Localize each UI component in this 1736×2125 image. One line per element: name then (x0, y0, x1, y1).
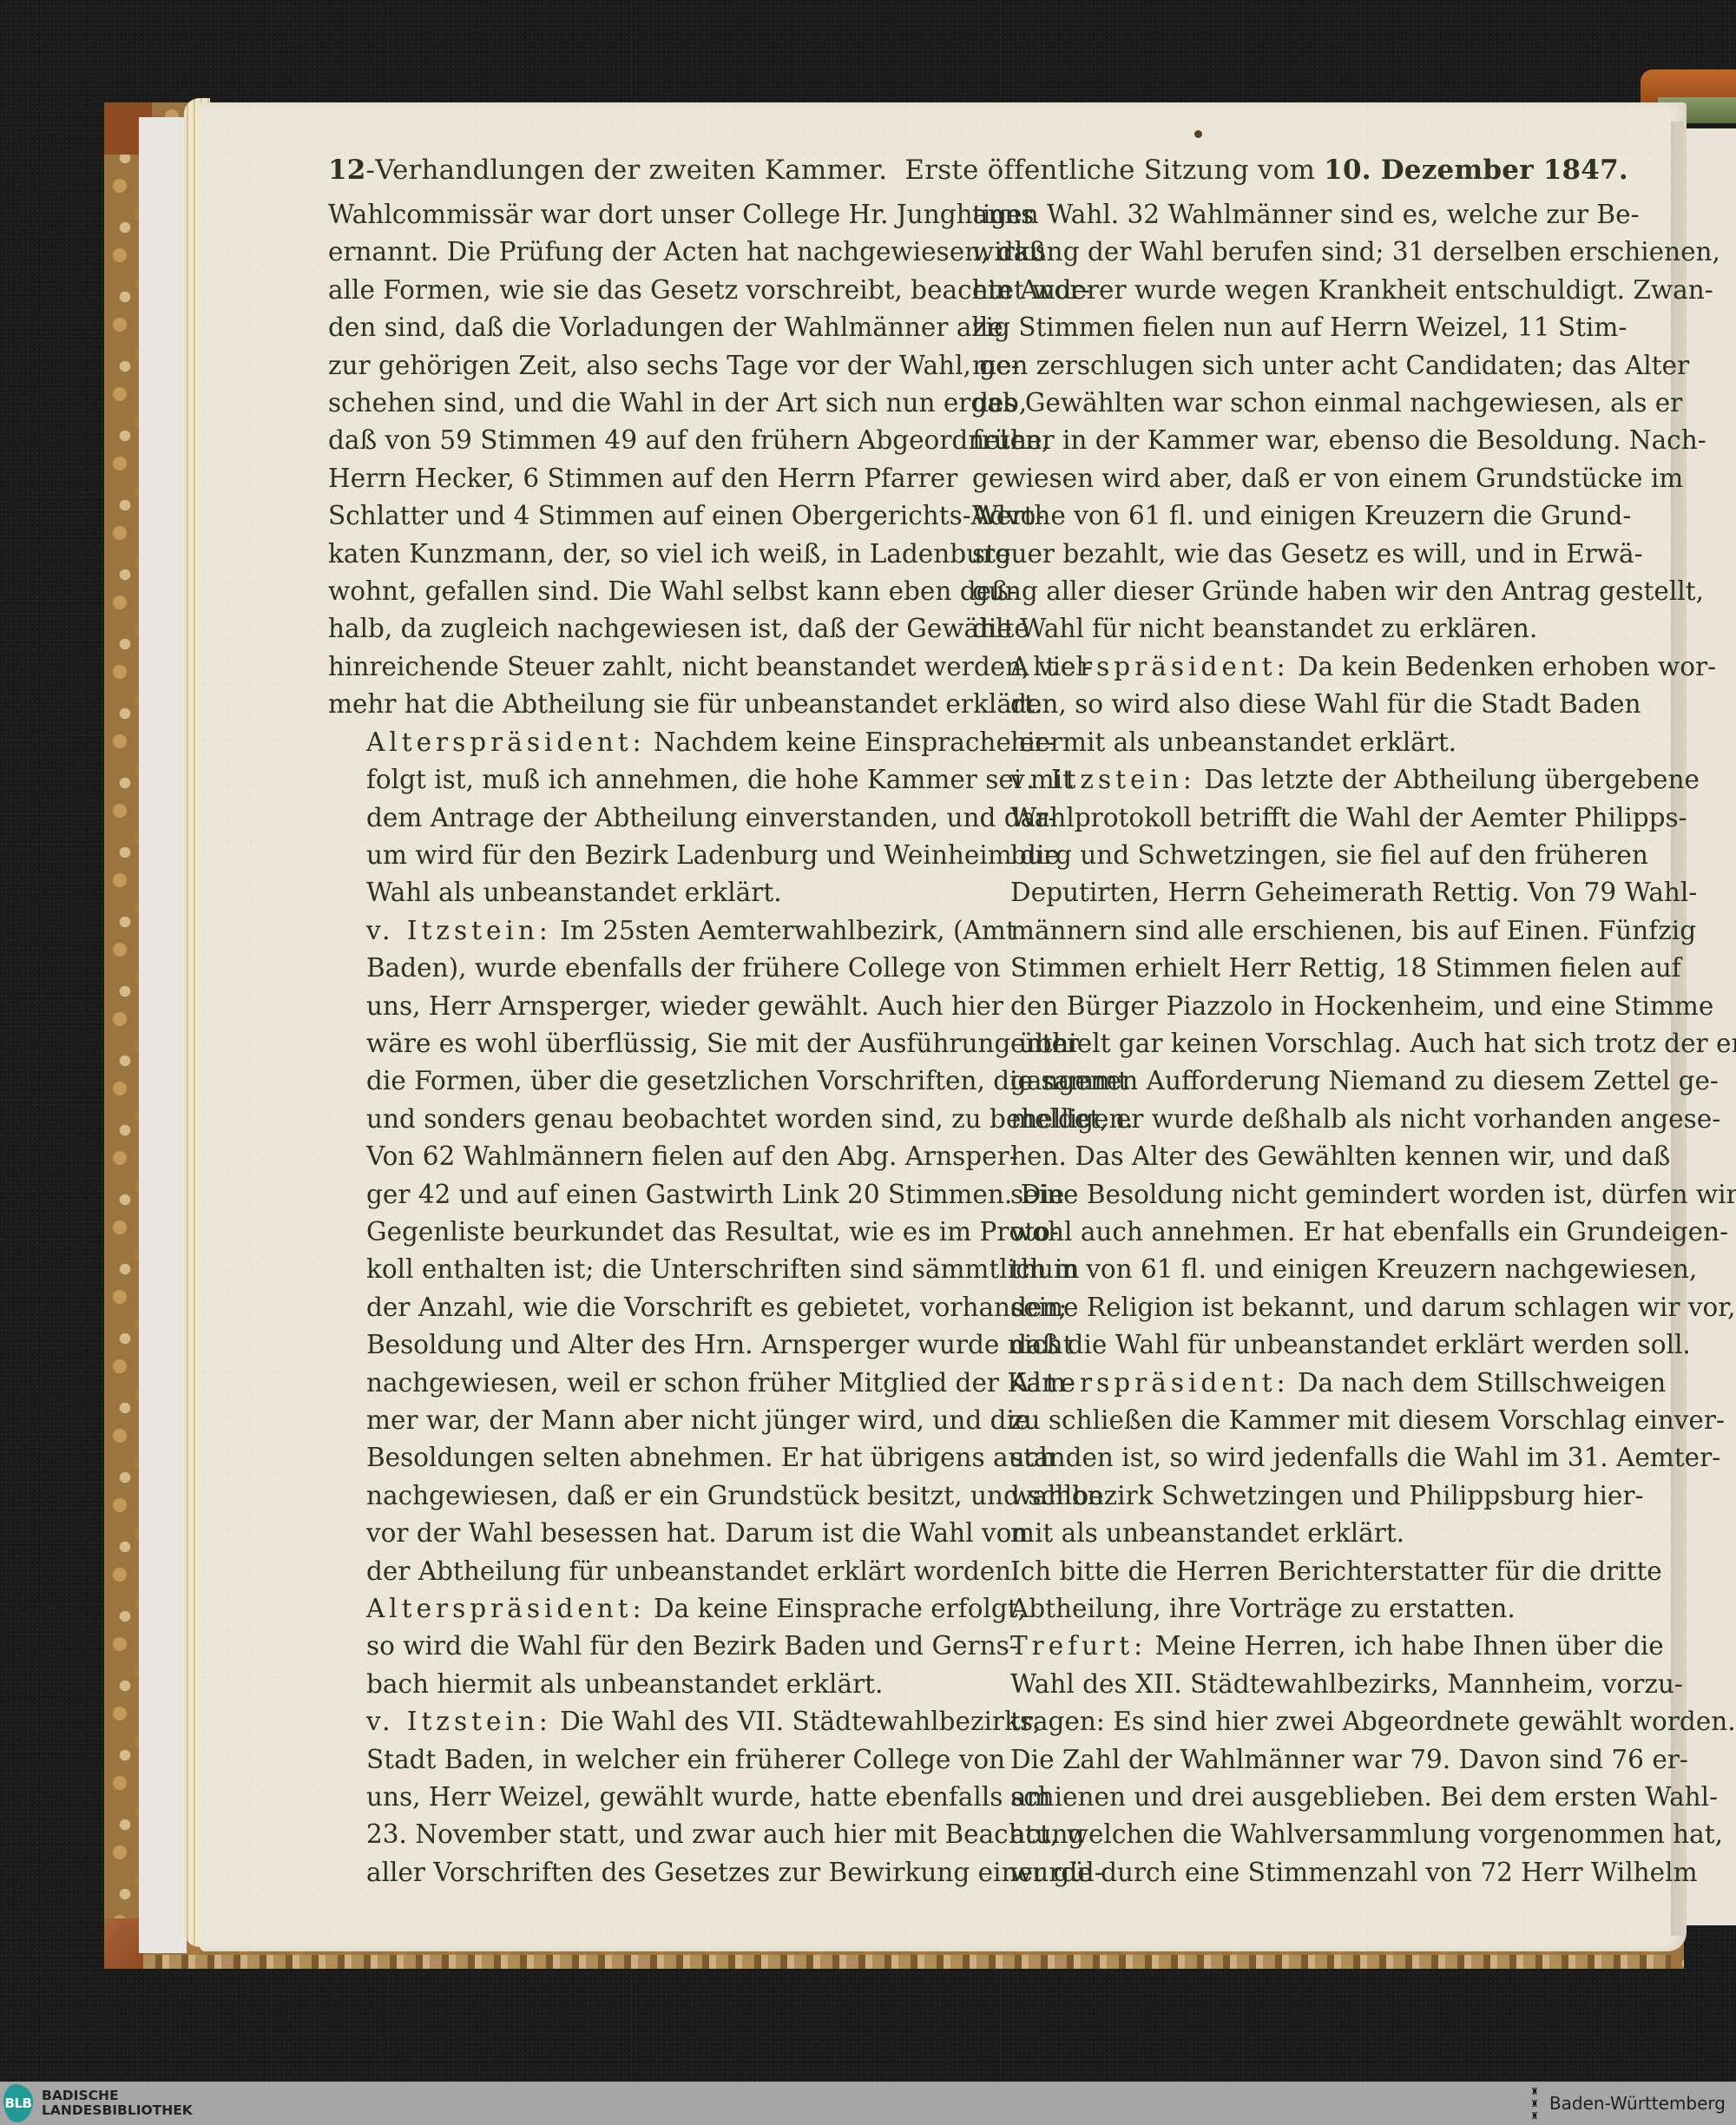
text-line: Ich bitte die Herren Berichterstatter fü… (972, 1553, 1595, 1590)
line-text: Wahl als unbeanstandet erklärt. (366, 878, 782, 907)
line-text: ein Anderer wurde wegen Krankheit entsch… (972, 275, 1713, 305)
text-line: enthielt gar keinen Vorschlag. Auch hat … (972, 1025, 1595, 1062)
line-text: Die Zahl der Wahlmänner war 79. Davon si… (1010, 1745, 1688, 1774)
text-line: koll enthalten ist; die Unterschriften s… (328, 1251, 951, 1288)
line-text: wohnt, gefallen sind. Die Wahl selbst ka… (328, 576, 1017, 606)
line-text: hiermit als unbeanstandet erklärt. (1010, 727, 1457, 757)
speaker-name: Alterspräsident: (366, 727, 646, 757)
line-text: dem Antrage der Abtheilung einverstanden… (366, 803, 1056, 832)
line-text: mer war, der Mann aber nicht jünger wird… (366, 1405, 1029, 1435)
text-line: katen Kunzmann, der, so viel ich weiß, i… (328, 536, 951, 573)
text-line: hinreichende Steuer zahlt, nicht beansta… (328, 648, 951, 686)
text-line: Stadt Baden, in welcher ein früherer Col… (328, 1741, 951, 1779)
left-column: Wahlcommissär war dort unser College Hr.… (328, 196, 962, 1924)
line-text: Im 25sten Aemterwahlbezirk, (Amt (560, 916, 1016, 945)
text-line: Von 62 Wahlmännern fielen auf den Abg. A… (328, 1138, 951, 1175)
line-text: früher in der Kammer war, ebenso die Bes… (972, 425, 1706, 455)
text-line: bach hiermit als unbeanstandet erklärt. (328, 1666, 951, 1703)
text-line: wohl auch annehmen. Er hat ebenfalls ein… (972, 1214, 1595, 1251)
text-line: alle Formen, wie sie das Gesetz vorschre… (328, 272, 951, 309)
line-text: steuer bezahlt, wie das Gesetz es will, … (972, 539, 1643, 569)
line-text: Da nach dem Stillschweigen (1298, 1368, 1666, 1398)
line-text: daß von 59 Stimmen 49 auf den frühern Ab… (328, 425, 1049, 455)
text-line: act, welchen die Wahlversammlung vorgeno… (972, 1816, 1595, 1853)
line-text: Werthe von 61 fl. und einigen Kreuzern d… (972, 501, 1631, 530)
paragraph: Alterspräsident: Da nach dem Stillschwei… (972, 1365, 1595, 1553)
text-line: vor der Wahl besessen hat. Darum ist die… (328, 1515, 951, 1552)
line-text: den Bürger Piazzolo in Hockenheim, und e… (1010, 991, 1713, 1021)
text-line: wohnt, gefallen sind. Die Wahl selbst ka… (328, 573, 951, 610)
text-line: zu schließen die Kammer mit diesem Vorsc… (972, 1402, 1595, 1439)
text-line: männern sind alle erschienen, bis auf Ei… (972, 912, 1595, 950)
text-line: ernannt. Die Prüfung der Acten hat nachg… (328, 234, 951, 271)
text-line: standen ist, so wird jedenfalls die Wahl… (972, 1439, 1595, 1477)
text-line: Wahl als unbeanstandet erklärt. (328, 874, 951, 911)
line-text: katen Kunzmann, der, so viel ich weiß, i… (328, 539, 1011, 569)
text-line: des Gewählten war schon einmal nachgewie… (972, 385, 1595, 422)
text-line: burg und Schwetzingen, sie fiel auf den … (972, 837, 1595, 874)
speaker-name: v. Itzstein: (366, 916, 552, 945)
header-separator: - (366, 155, 376, 186)
line-text: Schlatter und 4 Stimmen auf einen Oberge… (328, 501, 1044, 530)
text-line: meldet, er wurde deßhalb als nicht vorha… (972, 1101, 1595, 1138)
blb-name-line2: LANDESBIBLIOTHEK (42, 2103, 193, 2118)
text-line: wahlbezirk Schwetzingen und Philippsburg… (972, 1477, 1595, 1515)
header-title: Verhandlungen der zweiten Kammer. Erste … (375, 155, 1628, 186)
line-text: Baden), wurde ebenfalls der frühere Coll… (366, 953, 1001, 983)
line-text: Wahl des XII. Städtewahlbezirks, Mannhei… (1010, 1669, 1683, 1699)
text-line: v. Itzstein: Das letzte der Abtheilung ü… (972, 761, 1595, 799)
text-line: v. Itzstein: Im 25sten Aemterwahlbezirk,… (328, 912, 951, 950)
text-line: Schlatter und 4 Stimmen auf einen Oberge… (328, 497, 951, 535)
line-text: enthielt gar keinen Vorschlag. Auch hat … (1010, 1029, 1736, 1058)
text-line: ein Anderer wurde wegen Krankheit entsch… (972, 272, 1595, 309)
text-line: Besoldungen selten abnehmen. Er hat übri… (328, 1439, 951, 1477)
text-line: schienen und drei ausgeblieben. Bei dem … (972, 1779, 1595, 1816)
text-line: Alterspräsident: Da nach dem Stillschwei… (972, 1365, 1595, 1402)
running-head: 12 - Verhandlungen der zweiten Kammer. E… (328, 155, 1448, 194)
text-line: Wahlcommissär war dort unser College Hr.… (328, 196, 951, 234)
text-line: nachgewiesen, weil er schon früher Mitgl… (328, 1365, 951, 1402)
line-text: ger 42 und auf einen Gastwirth Link 20 S… (366, 1180, 1064, 1209)
line-text: den, so wird also diese Wahl für die Sta… (1010, 689, 1641, 719)
text-line: so wird die Wahl für den Bezirk Baden un… (328, 1628, 951, 1665)
line-text: die Wahl für nicht beanstandet zu erklär… (972, 614, 1537, 643)
text-line: mit als unbeanstandet erklärt. (972, 1515, 1595, 1552)
right-column: tigen Wahl. 32 Wahlmänner sind es, welch… (962, 196, 1595, 1924)
text-line: Wahlprotokoll betrifft die Wahl der Aemt… (972, 799, 1595, 837)
speaker-name: Alterspräsident: (1010, 1368, 1290, 1398)
line-text: des Gewählten war schon einmal nachgewie… (972, 388, 1682, 418)
line-text: Stimmen erhielt Herr Rettig, 18 Stimmen … (1010, 953, 1681, 983)
text-columns: Wahlcommissär war dort unser College Hr.… (328, 196, 1595, 1924)
text-line: hen. Das Alter des Gewählten kennen wir,… (972, 1138, 1595, 1175)
three-lions-icon: ♜♜♜ (1530, 2086, 1539, 2122)
text-line: die Wahl für nicht beanstandet zu erklär… (972, 610, 1595, 648)
line-text: Von 62 Wahlmännern fielen auf den Abg. A… (366, 1141, 1018, 1171)
line-text: gangenen Aufforderung Niemand zu diesem … (1010, 1066, 1719, 1095)
page-number: 12 (328, 155, 366, 186)
line-text: Abtheilung, ihre Vorträge zu erstatten. (1010, 1594, 1516, 1623)
line-text: Stadt Baden, in welcher ein früherer Col… (366, 1745, 1005, 1774)
line-text: Wahlcommissär war dort unser College Hr.… (328, 200, 1034, 229)
bw-brand[interactable]: ♜♜♜ Baden-Württemberg (1530, 2086, 1726, 2122)
text-line: wäre es wohl überflüssig, Sie mit der Au… (328, 1025, 951, 1062)
text-line: tigen Wahl. 32 Wahlmänner sind es, welch… (972, 196, 1595, 234)
text-line: den Bürger Piazzolo in Hockenheim, und e… (972, 988, 1595, 1025)
line-text: standen ist, so wird jedenfalls die Wahl… (1010, 1443, 1720, 1472)
line-text: den sind, daß die Vorladungen der Wahlmä… (328, 312, 1003, 342)
text-line: der Anzahl, wie die Vorschrift es gebiet… (328, 1289, 951, 1326)
text-line: früher in der Kammer war, ebenso die Bes… (972, 422, 1595, 459)
line-text: Deputirten, Herrn Geheimerath Rettig. Vo… (1010, 878, 1697, 907)
line-text: daß die Wahl für unbeanstandet erklärt w… (1010, 1330, 1691, 1359)
endpaper (139, 117, 187, 1953)
line-text: schehen sind, und die Wahl in der Art si… (328, 388, 1027, 418)
text-line: hiermit als unbeanstandet erklärt. (972, 724, 1595, 761)
viewer-footer: BLB BADISCHE LANDESBIBLIOTHEK ♜♜♜ Baden-… (0, 2082, 1736, 2125)
line-text: hen. Das Alter des Gewählten kennen wir,… (1010, 1141, 1670, 1171)
blb-logo-icon: BLB (3, 2084, 33, 2122)
text-line: den sind, daß die Vorladungen der Wahlmä… (328, 309, 951, 346)
text-line: Deputirten, Herrn Geheimerath Rettig. Vo… (972, 874, 1595, 911)
paragraph: Trefurt: Meine Herren, ich habe Ihnen üb… (972, 1628, 1595, 1891)
blb-brand[interactable]: BLB BADISCHE LANDESBIBLIOTHEK (3, 2084, 193, 2122)
text-line: ger 42 und auf einen Gastwirth Link 20 S… (328, 1176, 951, 1214)
text-line: 23. November statt, und zwar auch hier m… (328, 1816, 951, 1853)
line-text: Besoldungen selten abnehmen. Er hat übri… (366, 1443, 1055, 1472)
bw-name: Baden-Württemberg (1549, 2093, 1726, 2114)
line-text: wurde durch eine Stimmenzahl von 72 Herr… (1010, 1858, 1698, 1887)
blb-name-line1: BADISCHE (42, 2089, 193, 2103)
line-text: schienen und drei ausgeblieben. Bei dem … (1010, 1782, 1718, 1812)
text-line: mehr hat die Abtheilung sie für unbeanst… (328, 686, 951, 723)
line-text: zig Stimmen fielen nun auf Herrn Weizel,… (972, 312, 1627, 342)
text-line: steuer bezahlt, wie das Gesetz es will, … (972, 536, 1595, 573)
text-line: Die Zahl der Wahlmänner war 79. Davon si… (972, 1741, 1595, 1779)
paragraph: Wahlcommissär war dort unser College Hr.… (328, 196, 951, 724)
text-line: wurde durch eine Stimmenzahl von 72 Herr… (972, 1854, 1595, 1891)
text-line: wirkung der Wahl berufen sind; 31 dersel… (972, 234, 1595, 271)
line-text: meldet, er wurde deßhalb als nicht vorha… (1010, 1104, 1720, 1134)
text-line: Herrn Hecker, 6 Stimmen auf den Herrn Pf… (328, 460, 951, 497)
line-text: Wahlprotokoll betrifft die Wahl der Aemt… (1010, 803, 1687, 832)
speaker-name: Alterspräsident: (1010, 652, 1290, 681)
leather-corner (104, 1918, 143, 1969)
facing-page-edge (1680, 128, 1736, 1925)
speaker-name: v. Itzstein: (366, 1707, 552, 1736)
line-text: Ich bitte die Herren Berichterstatter fü… (1010, 1556, 1662, 1586)
blb-name: BADISCHE LANDESBIBLIOTHEK (42, 2089, 193, 2118)
line-text: tragen: Es sind hier zwei Abgeordnete ge… (1010, 1707, 1736, 1736)
text-line: gung aller dieser Gründe haben wir den A… (972, 573, 1595, 610)
text-line: gangenen Aufforderung Niemand zu diesem … (972, 1062, 1595, 1100)
text-line: tragen: Es sind hier zwei Abgeordnete ge… (972, 1703, 1595, 1740)
text-line: Trefurt: Meine Herren, ich habe Ihnen üb… (972, 1628, 1595, 1665)
line-text: gung aller dieser Gründe haben wir den A… (972, 576, 1704, 606)
line-text: wirkung der Wahl berufen sind; 31 dersel… (972, 237, 1720, 266)
line-text: halb, da zugleich nachgewiesen ist, daß … (328, 614, 1029, 643)
line-text: wahlbezirk Schwetzingen und Philippsburg… (1010, 1481, 1643, 1510)
line-text: burg und Schwetzingen, sie fiel auf den … (1010, 840, 1648, 870)
line-text: bach hiermit als unbeanstandet erklärt. (366, 1669, 883, 1699)
text-line: und sonders genau beobachtet worden sind… (328, 1101, 951, 1138)
paper-speck (1194, 130, 1202, 138)
text-line: Gegenliste beurkundet das Resultat, wie … (328, 1214, 951, 1251)
line-text: mit als unbeanstandet erklärt. (1010, 1518, 1404, 1548)
line-text: act, welchen die Wahlversammlung vorgeno… (1010, 1819, 1723, 1849)
text-line: Alterspräsident: Da keine Einsprache erf… (328, 1590, 951, 1628)
text-line: daß von 59 Stimmen 49 auf den frühern Ab… (328, 422, 951, 459)
text-line: zig Stimmen fielen nun auf Herrn Weizel,… (972, 309, 1595, 346)
paragraph: tigen Wahl. 32 Wahlmänner sind es, welch… (972, 196, 1595, 648)
line-text: uns, Herr Weizel, gewählt wurde, hatte e… (366, 1782, 1050, 1812)
header-title-text: Verhandlungen der zweiten Kammer. Erste … (375, 155, 1324, 186)
text-line: zur gehörigen Zeit, also sechs Tage vor … (328, 347, 951, 385)
text-line: nachgewiesen, daß er ein Grundstück besi… (328, 1477, 951, 1515)
text-line: men zerschlugen sich unter acht Candidat… (972, 347, 1595, 385)
line-text: thum von 61 fl. und einigen Kreuzern nac… (1010, 1254, 1697, 1284)
paragraph: v. Itzstein: Das letzte der Abtheilung ü… (972, 761, 1595, 1365)
text-line: thum von 61 fl. und einigen Kreuzern nac… (972, 1251, 1595, 1288)
line-text: seine Besoldung nicht gemindert worden i… (1010, 1180, 1736, 1209)
text-line: uns, Herr Arnsperger, wieder gewählt. Au… (328, 988, 951, 1025)
text-line: daß die Wahl für unbeanstandet erklärt w… (972, 1326, 1595, 1364)
line-text: mehr hat die Abtheilung sie für unbeanst… (328, 689, 1042, 719)
line-text: der Abtheilung für unbeanstandet erklärt… (366, 1556, 1020, 1586)
marbled-edge (143, 1955, 1671, 1969)
line-text: wohl auch annehmen. Er hat ebenfalls ein… (1010, 1217, 1728, 1247)
line-text: Herrn Hecker, 6 Stimmen auf den Herrn Pf… (328, 464, 957, 493)
text-line: aller Vorschriften des Gesetzes zur Bewi… (328, 1854, 951, 1891)
line-text: Meine Herren, ich habe Ihnen über die (1154, 1631, 1663, 1661)
text-line: seine Religion ist bekannt, und darum sc… (972, 1289, 1595, 1326)
text-line: den, so wird also diese Wahl für die Sta… (972, 686, 1595, 723)
text-line: Stimmen erhielt Herr Rettig, 18 Stimmen … (972, 950, 1595, 987)
text-line: folgt ist, muß ich annehmen, die hohe Ka… (328, 761, 951, 799)
line-text: uns, Herr Arnsperger, wieder gewählt. Au… (366, 991, 1003, 1021)
text-line: v. Itzstein: Die Wahl des VII. Städtewah… (328, 1703, 951, 1740)
text-line: Wahl des XII. Städtewahlbezirks, Mannhei… (972, 1666, 1595, 1703)
line-text: zur gehörigen Zeit, also sechs Tage vor … (328, 351, 1020, 380)
text-line: gewiesen wird aber, daß er von einem Gru… (972, 460, 1595, 497)
paragraph: Ich bitte die Herren Berichterstatter fü… (972, 1553, 1595, 1628)
paragraph: Alterspräsident: Da keine Einsprache erf… (328, 1590, 951, 1703)
paragraph: Alterspräsident: Da kein Bedenken erhobe… (972, 648, 1595, 761)
line-text: männern sind alle erschienen, bis auf Ei… (1010, 916, 1696, 945)
text-line: Werthe von 61 fl. und einigen Kreuzern d… (972, 497, 1595, 535)
text-line: Alterspräsident: Nachdem keine Einsprach… (328, 724, 951, 761)
text-line: der Abtheilung für unbeanstandet erklärt… (328, 1553, 951, 1590)
text-line: Baden), wurde ebenfalls der frühere Coll… (328, 950, 951, 987)
line-text: tigen Wahl. 32 Wahlmänner sind es, welch… (972, 200, 1640, 229)
paragraph: v. Itzstein: Die Wahl des VII. Städtewah… (328, 1703, 951, 1891)
line-text: so wird die Wahl für den Bezirk Baden un… (366, 1631, 1018, 1661)
line-text: um wird für den Bezirk Ladenburg und Wei… (366, 840, 1060, 870)
speaker-name: Trefurt: (1010, 1631, 1147, 1661)
line-text: gewiesen wird aber, daß er von einem Gru… (972, 464, 1683, 493)
text-line: mer war, der Mann aber nicht jünger wird… (328, 1402, 951, 1439)
line-text: seine Religion ist bekannt, und darum sc… (1010, 1293, 1736, 1322)
speaker-name: v. Itzstein: (1010, 765, 1196, 794)
line-text: men zerschlugen sich unter acht Candidat… (972, 351, 1689, 380)
line-text: vor der Wahl besessen hat. Darum ist die… (366, 1518, 1028, 1548)
line-text: Gegenliste beurkundet das Resultat, wie … (366, 1217, 1059, 1247)
text-line: Alterspräsident: Da kein Bedenken erhobe… (972, 648, 1595, 686)
line-text: zu schließen die Kammer mit diesem Vorsc… (1010, 1405, 1725, 1435)
line-text: ernannt. Die Prüfung der Acten hat nachg… (328, 237, 1046, 266)
text-line: dem Antrage der Abtheilung einverstanden… (328, 799, 951, 837)
text-line: uns, Herr Weizel, gewählt wurde, hatte e… (328, 1779, 951, 1816)
text-line: die Formen, über die gesetzlichen Vorsch… (328, 1062, 951, 1100)
text-line: halb, da zugleich nachgewiesen ist, daß … (328, 610, 951, 648)
text-line: schehen sind, und die Wahl in der Art si… (328, 385, 951, 422)
text-line: Abtheilung, ihre Vorträge zu erstatten. (972, 1590, 1595, 1628)
text-line: seine Besoldung nicht gemindert worden i… (972, 1176, 1595, 1214)
text-line: Besoldung und Alter des Hrn. Arnsperger … (328, 1326, 951, 1364)
line-text: Da kein Bedenken erhoben wor- (1298, 652, 1716, 681)
speaker-name: Alterspräsident: (366, 1594, 646, 1623)
paragraph: Alterspräsident: Nachdem keine Einsprach… (328, 724, 951, 912)
header-date: 10. Dezember 1847. (1324, 155, 1628, 186)
paragraph: v. Itzstein: Im 25sten Aemterwahlbezirk,… (328, 912, 951, 1590)
line-text: Das letzte der Abtheilung übergebene (1204, 765, 1700, 794)
text-line: um wird für den Bezirk Ladenburg und Wei… (328, 837, 951, 874)
